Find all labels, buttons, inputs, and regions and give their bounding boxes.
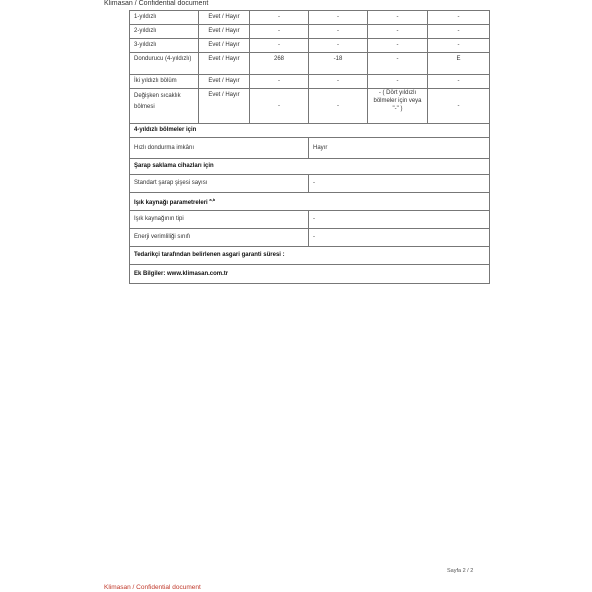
compartment-volume: -: [250, 11, 309, 25]
section-light-header: Işık kaynağı parametreleri a,b: [130, 193, 490, 211]
page-number: Sayfa 2 / 2: [447, 568, 473, 574]
energy-class-value: -: [309, 229, 490, 247]
compartment-temp: -: [309, 75, 368, 89]
extra-info-row: Ek Bilgiler: www.klimasan.com.tr: [130, 265, 490, 284]
fast-freeze-label: Hızlı dondurma imkânı: [130, 138, 309, 159]
compartment-temp: -: [309, 39, 368, 53]
compartment-volume: 268: [250, 53, 309, 75]
compartment-name: Değişken sıcaklık bölmesi: [130, 89, 199, 124]
compartment-present: Evet / Hayır: [199, 11, 250, 25]
compartment-extra: -: [368, 75, 428, 89]
compartment-class: -: [428, 39, 490, 53]
product-info-table: 1-yıldızlıEvet / Hayır----2-yıldızlıEvet…: [129, 10, 490, 284]
light-type-value: -: [309, 211, 490, 229]
compartment-extra: -: [368, 11, 428, 25]
wine-bottles-value: -: [309, 175, 490, 193]
compartment-extra: -: [368, 39, 428, 53]
compartment-row: Değişken sıcaklık bölmesiEvet / Hayır---…: [130, 89, 490, 124]
compartment-row: 3-yıldızlıEvet / Hayır----: [130, 39, 490, 53]
compartment-present: Evet / Hayır: [199, 25, 250, 39]
compartment-name: İki yıldızlı bölüm: [130, 75, 199, 89]
compartment-temp: -: [309, 11, 368, 25]
compartment-extra: -: [368, 53, 428, 75]
document-footer-note: Klimasan / Confidential document: [104, 584, 201, 592]
light-type-label: Işık kaynağının tipi: [130, 211, 309, 229]
compartment-name: 1-yıldızlı: [130, 11, 199, 25]
light-section-title: Işık kaynağı parametreleri: [134, 200, 208, 206]
compartment-temp: -18: [309, 53, 368, 75]
compartment-row: 2-yıldızlıEvet / Hayır----: [130, 25, 490, 39]
light-section-footnote: a,b: [209, 197, 215, 202]
compartment-temp: -: [309, 25, 368, 39]
compartment-name: 2-yıldızlı: [130, 25, 199, 39]
compartment-row: Dondurucu (4-yıldızlı)Evet / Hayır268-18…: [130, 53, 490, 75]
compartment-extra: -: [368, 25, 428, 39]
compartment-class: -: [428, 75, 490, 89]
energy-class-label: Enerji verimliliği sınıfı: [130, 229, 309, 247]
compartment-volume: -: [250, 89, 309, 124]
energy-class-row: Enerji verimliliği sınıfı -: [130, 229, 490, 247]
compartment-volume: -: [250, 75, 309, 89]
document-header-note: Klimasan / Confidential document: [104, 0, 208, 8]
section-wine-header: Şarap saklama cihazları için: [130, 159, 490, 175]
compartment-present: Evet / Hayır: [199, 75, 250, 89]
compartment-class: E: [428, 53, 490, 75]
light-type-row: Işık kaynağının tipi -: [130, 211, 490, 229]
compartment-temp: -: [309, 89, 368, 124]
compartment-present: Evet / Hayır: [199, 53, 250, 75]
compartment-class: -: [428, 11, 490, 25]
warranty-row: Tedarikçi tarafından belirlenen asgari g…: [130, 247, 490, 265]
compartment-name: Dondurucu (4-yıldızlı): [130, 53, 199, 75]
compartment-row: İki yıldızlı bölümEvet / Hayır----: [130, 75, 490, 89]
compartment-row: 1-yıldızlıEvet / Hayır----: [130, 11, 490, 25]
compartment-volume: -: [250, 39, 309, 53]
compartment-present: Evet / Hayır: [199, 89, 250, 124]
section-four-star-header: 4-yıldızlı bölmeler için: [130, 124, 490, 138]
wine-bottles-row: Standart şarap şişesi sayısı -: [130, 175, 490, 193]
fast-freeze-row: Hızlı dondurma imkânı Hayır: [130, 138, 490, 159]
fast-freeze-value: Hayır: [309, 138, 490, 159]
compartment-class: -: [428, 89, 490, 124]
compartment-volume: -: [250, 25, 309, 39]
compartment-class: -: [428, 25, 490, 39]
wine-bottles-label: Standart şarap şişesi sayısı: [130, 175, 309, 193]
compartment-present: Evet / Hayır: [199, 39, 250, 53]
compartment-name: 3-yıldızlı: [130, 39, 199, 53]
compartment-extra: - ( Dört yıldızlı bölmeler için veya "-"…: [368, 89, 428, 124]
